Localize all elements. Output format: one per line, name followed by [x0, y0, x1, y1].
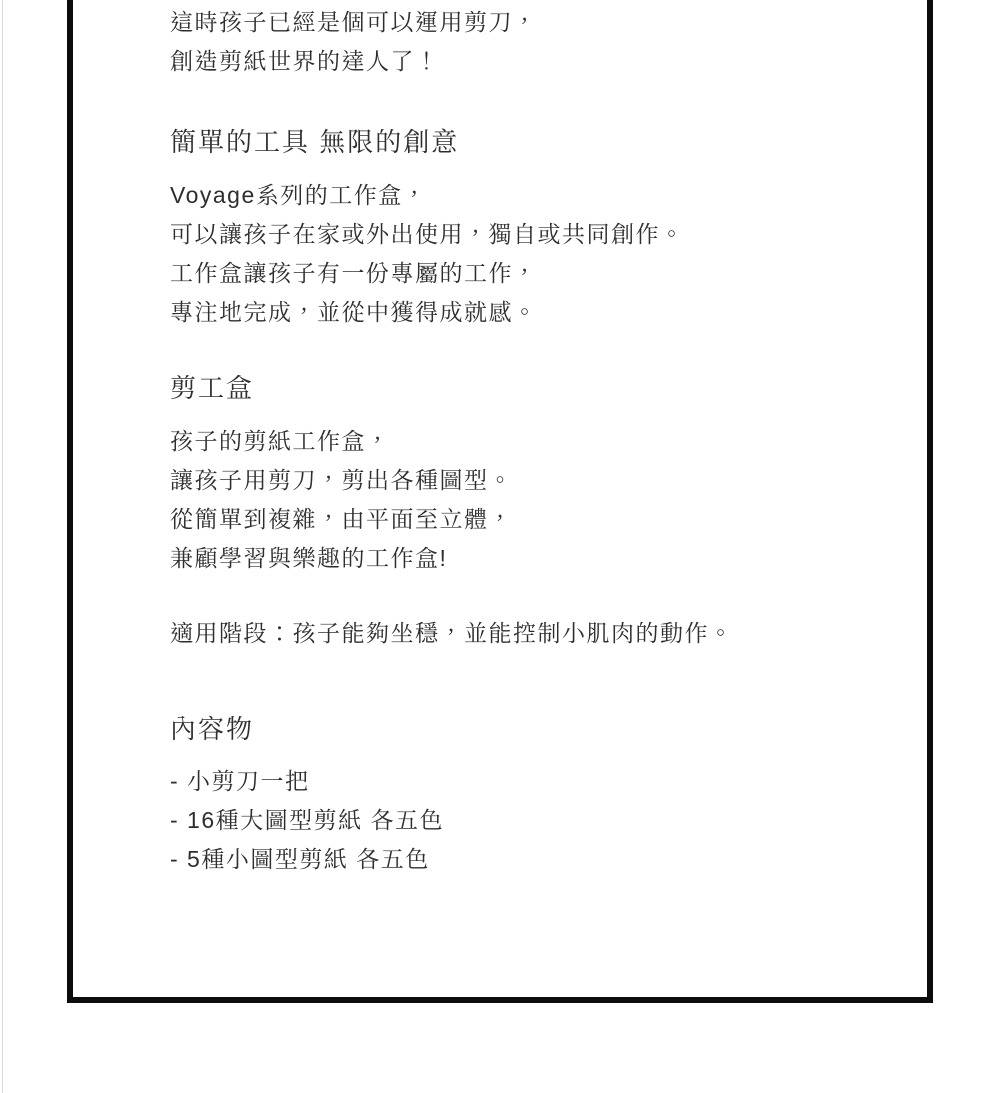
page-edge-divider: [2, 0, 3, 1093]
list-item: - 小剪刀一把: [170, 762, 927, 801]
paragraph-line: 兼顧學習與樂趣的工作盒!: [170, 539, 927, 578]
cutting-box-paragraph: 孩子的剪紙工作盒， 讓孩子用剪刀，剪出各種圖型。 從簡單到複雜，由平面至立體， …: [170, 422, 927, 578]
list-item: - 16種大圖型剪紙 各五色: [170, 801, 927, 840]
paragraph-line: 創造剪紙世界的達人了！: [170, 42, 927, 81]
paragraph-line: 這時孩子已經是個可以運用剪刀，: [170, 3, 927, 42]
paragraph-line: 可以讓孩子在家或外出使用，獨自或共同創作。: [170, 215, 927, 254]
applicable-stage-line: 適用階段：孩子能夠坐穩，並能控制小肌肉的動作。: [170, 614, 927, 653]
contents-list: - 小剪刀一把 - 16種大圖型剪紙 各五色 - 5種小圖型剪紙 各五色: [170, 762, 927, 879]
description-content: 剪出變化的圖案，甚至做成吊飾或貼在卡片上。 這時孩子已經是個可以運用剪刀， 創造…: [73, 0, 927, 879]
tools-paragraph: Voyage系列的工作盒， 可以讓孩子在家或外出使用，獨自或共同創作。 工作盒讓…: [170, 176, 927, 332]
paragraph-line: 孩子的剪紙工作盒，: [170, 422, 927, 461]
description-frame: 剪出變化的圖案，甚至做成吊飾或貼在卡片上。 這時孩子已經是個可以運用剪刀， 創造…: [67, 0, 933, 1003]
paragraph-line: 專注地完成，並從中獲得成就感。: [170, 293, 927, 332]
section-heading-tools: 簡單的工具 無限的創意: [170, 123, 927, 162]
page: 剪出變化的圖案，甚至做成吊飾或貼在卡片上。 這時孩子已經是個可以運用剪刀， 創造…: [0, 0, 1000, 1093]
paragraph-line: 讓孩子用剪刀，剪出各種圖型。: [170, 461, 927, 500]
paragraph-line: 從簡單到複雜，由平面至立體，: [170, 500, 927, 539]
section-heading-cutting-box: 剪工盒: [170, 369, 927, 408]
paragraph-line: Voyage系列的工作盒，: [170, 176, 927, 215]
intro-paragraph: 剪出變化的圖案，甚至做成吊飾或貼在卡片上。 這時孩子已經是個可以運用剪刀， 創造…: [170, 0, 927, 81]
list-item: - 5種小圖型剪紙 各五色: [170, 840, 927, 879]
section-heading-contents: 內容物: [170, 710, 927, 749]
paragraph-line: 工作盒讓孩子有一份專屬的工作，: [170, 254, 927, 293]
